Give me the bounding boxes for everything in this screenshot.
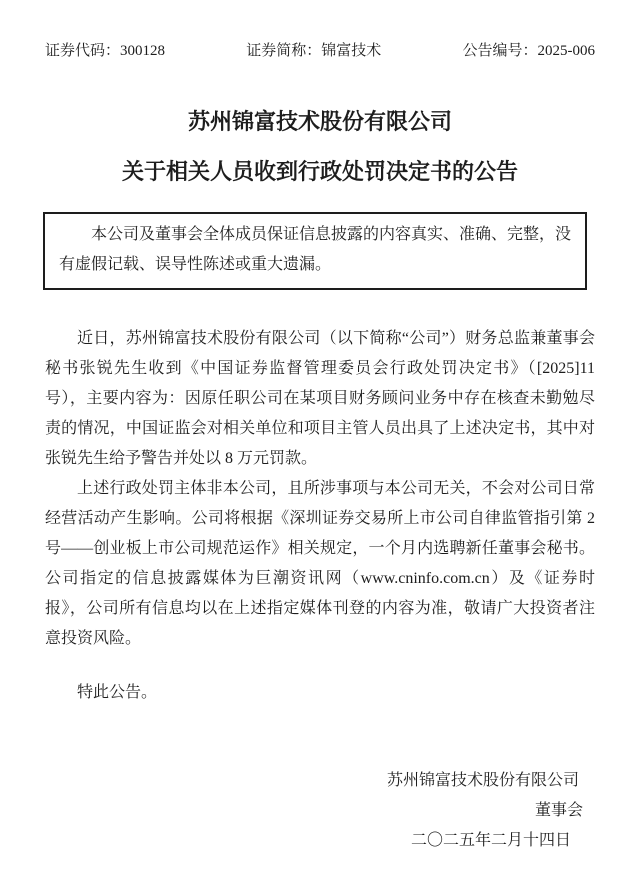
signature-block: 苏州锦富技术股份有限公司 董事会 二〇二五年二月十四日 <box>45 766 595 856</box>
stock-code: 证券代码：300128 <box>45 42 165 60</box>
announcement-number: 公告编号：2025-006 <box>463 42 596 60</box>
signature-date: 二〇二五年二月十四日 <box>45 826 595 856</box>
title-company-name: 苏州锦富技术股份有限公司 <box>45 106 595 138</box>
signature-company: 苏州锦富技术股份有限公司 <box>45 766 595 796</box>
announcement-page: 证券代码：300128 证券简称：锦富技术 公告编号：2025-006 苏州锦富… <box>0 0 640 877</box>
signature-issuer: 董事会 <box>45 796 595 826</box>
body-paragraph-2: 上述行政处罚主体非本公司，且所涉事项与本公司无关，不会对公司日常经营活动产生影响… <box>45 474 595 654</box>
body-paragraph-1: 近日，苏州锦富技术股份有限公司（以下简称“公司”）财务总监兼董事会秘书张锐先生收… <box>45 324 595 474</box>
document-header: 证券代码：300128 证券简称：锦富技术 公告编号：2025-006 <box>45 42 595 60</box>
disclaimer-box: 本公司及董事会全体成员保证信息披露的内容真实、准确、完整，没有虚假记载、误导性陈… <box>43 212 587 290</box>
title-announcement-subject: 关于相关人员收到行政处罚决定书的公告 <box>45 156 595 188</box>
announcement-body: 近日，苏州锦富技术股份有限公司（以下简称“公司”）财务总监兼董事会秘书张锐先生收… <box>45 324 595 654</box>
page-title: 苏州锦富技术股份有限公司 关于相关人员收到行政处罚决定书的公告 <box>45 106 595 188</box>
disclaimer-text: 本公司及董事会全体成员保证信息披露的内容真实、准确、完整，没有虚假记载、误导性陈… <box>59 226 571 273</box>
stock-short-name: 证券简称：锦富技术 <box>246 42 381 60</box>
closing-statement: 特此公告。 <box>45 678 595 708</box>
